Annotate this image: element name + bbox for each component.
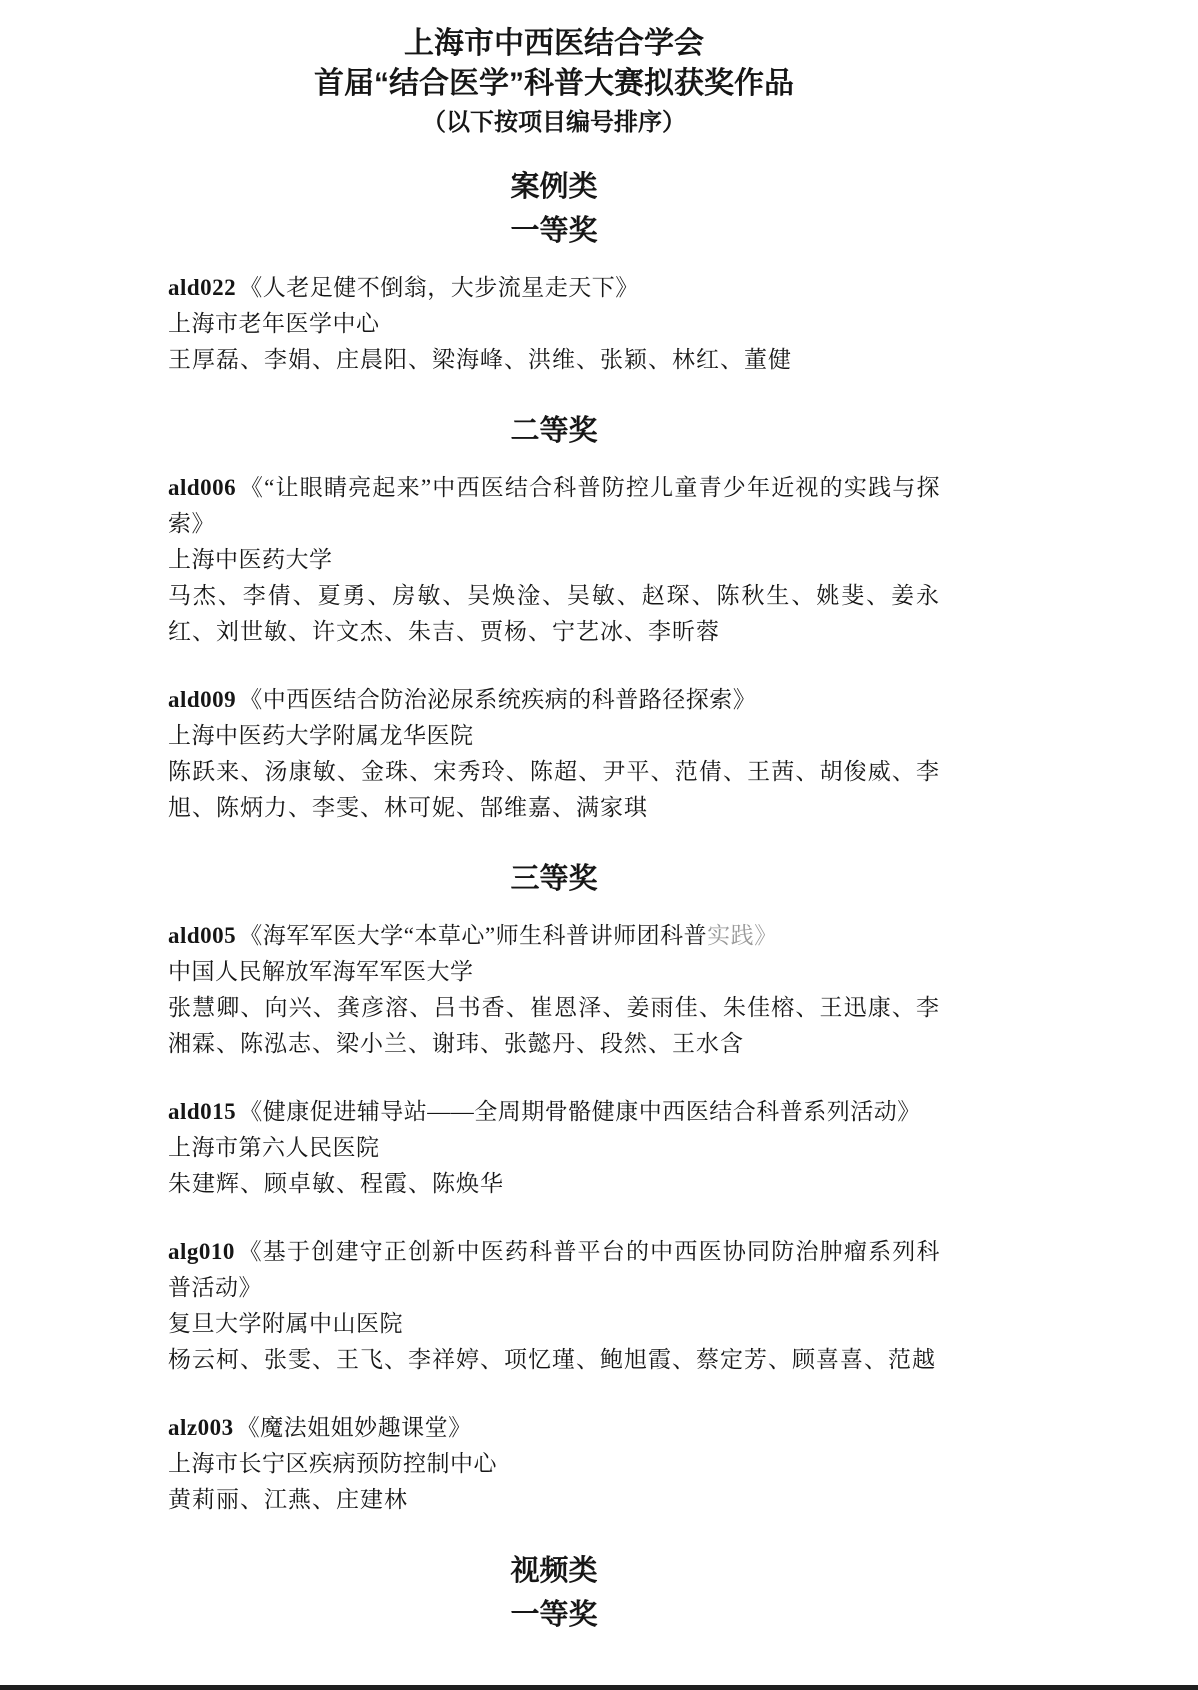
entry-title: ald005《海军军医大学“本草心”师生科普讲师团科普实践》 — [168, 918, 940, 954]
entry-code: alz003 — [168, 1415, 237, 1440]
award-entry: ald015《健康促进辅导站——全周期骨骼健康中西医结合科普系列活动》 上海市第… — [168, 1094, 940, 1202]
entry-book-title: 《“让眼睛亮起来”中西医结合科普防控儿童青少年近视的实践与探索》 — [168, 475, 940, 536]
entry-book-title-faded: 实践》 — [707, 923, 778, 948]
entry-organization: 中国人民解放军海军军医大学 — [168, 954, 940, 990]
award-heading-second-prize: 二等奖 — [168, 410, 940, 452]
entry-code: ald009 — [168, 687, 239, 712]
entry-code: ald022 — [168, 275, 239, 300]
entry-authors: 陈跃来、汤康敏、金珠、宋秀玲、陈超、尹平、范倩、王茜、胡俊威、李旭、陈炳力、李雯… — [168, 754, 940, 826]
award-entry: ald022《人老足健不倒翁，大步流星走天下》 上海市老年医学中心 王厚磊、李娟… — [168, 270, 940, 378]
entry-book-title: 《海军军医大学“本草心”师生科普讲师团科普 — [239, 923, 707, 948]
doc-title-line2: 首届“结合医学”科普大赛拟获奖作品 — [168, 64, 940, 104]
doc-title-line1: 上海市中西医结合学会 — [168, 24, 940, 64]
award-heading-first-prize: 一等奖 — [168, 210, 940, 252]
category-heading-case: 案例类 — [168, 166, 940, 208]
entry-book-title: 《人老足健不倒翁，大步流星走天下》 — [239, 275, 639, 300]
award-heading-video-first-prize: 一等奖 — [168, 1594, 940, 1636]
award-heading-third-prize: 三等奖 — [168, 858, 940, 900]
entry-authors: 张慧卿、向兴、龚彦溶、吕书香、崔恩泽、姜雨佳、朱佳榕、王迅康、李湘霖、陈泓志、梁… — [168, 990, 940, 1062]
entry-authors: 马杰、李倩、夏勇、房敏、吴焕淦、吴敏、赵琛、陈秋生、姚斐、姜永红、刘世敏、许文杰… — [168, 578, 940, 650]
award-entry: alg010《基于创建守正创新中医药科普平台的中西医协同防治肿瘤系列科普活动》 … — [168, 1234, 940, 1378]
entry-title: ald009《中西医结合防治泌尿系统疾病的科普路径探索》 — [168, 682, 940, 718]
entry-book-title: 《中西医结合防治泌尿系统疾病的科普路径探索》 — [239, 687, 756, 712]
entry-title: ald022《人老足健不倒翁，大步流星走天下》 — [168, 270, 940, 306]
page-bottom-edge — [0, 1685, 1198, 1690]
entry-authors: 王厚磊、李娟、庄晨阳、梁海峰、洪维、张颖、林红、董健 — [168, 342, 940, 378]
document-header: 上海市中西医结合学会 首届“结合医学”科普大赛拟获奖作品 （以下按项目编号排序） — [168, 24, 940, 142]
entry-organization: 上海市老年医学中心 — [168, 306, 940, 342]
entry-organization: 上海市第六人民医院 — [168, 1130, 940, 1166]
entry-authors: 杨云柯、张雯、王飞、李祥婷、项忆瑾、鲍旭霞、蔡定芳、顾喜喜、范越 — [168, 1342, 940, 1378]
entry-title: ald006《“让眼睛亮起来”中西医结合科普防控儿童青少年近视的实践与探索》 — [168, 470, 940, 542]
doc-subtitle: （以下按项目编号排序） — [168, 104, 940, 142]
document-page: 上海市中西医结合学会 首届“结合医学”科普大赛拟获奖作品 （以下按项目编号排序）… — [168, 0, 940, 1636]
entry-authors: 朱建辉、顾卓敏、程霞、陈焕华 — [168, 1166, 940, 1202]
entry-book-title: 《魔法姐姐妙趣课堂》 — [237, 1415, 472, 1440]
entry-authors: 黄莉丽、江燕、庄建林 — [168, 1482, 940, 1518]
entry-code: ald006 — [168, 475, 239, 500]
award-entry: ald006《“让眼睛亮起来”中西医结合科普防控儿童青少年近视的实践与探索》 上… — [168, 470, 940, 650]
entry-code: ald005 — [168, 923, 239, 948]
entry-organization: 复旦大学附属中山医院 — [168, 1306, 940, 1342]
award-entry: ald009《中西医结合防治泌尿系统疾病的科普路径探索》 上海中医药大学附属龙华… — [168, 682, 940, 826]
award-entry: alz003《魔法姐姐妙趣课堂》 上海市长宁区疾病预防控制中心 黄莉丽、江燕、庄… — [168, 1410, 940, 1518]
entry-code: ald015 — [168, 1099, 239, 1124]
entry-code: alg010 — [168, 1239, 238, 1264]
entry-book-title: 《健康促进辅导站——全周期骨骼健康中西医结合科普系列活动》 — [239, 1099, 921, 1124]
entry-title: alg010《基于创建守正创新中医药科普平台的中西医协同防治肿瘤系列科普活动》 — [168, 1234, 940, 1306]
entry-organization: 上海中医药大学附属龙华医院 — [168, 718, 940, 754]
award-entry: ald005《海军军医大学“本草心”师生科普讲师团科普实践》 中国人民解放军海军… — [168, 918, 940, 1062]
entry-title: ald015《健康促进辅导站——全周期骨骼健康中西医结合科普系列活动》 — [168, 1094, 940, 1130]
entry-title: alz003《魔法姐姐妙趣课堂》 — [168, 1410, 940, 1446]
entry-organization: 上海市长宁区疾病预防控制中心 — [168, 1446, 940, 1482]
entry-book-title: 《基于创建守正创新中医药科普平台的中西医协同防治肿瘤系列科普活动》 — [168, 1239, 940, 1300]
entry-organization: 上海中医药大学 — [168, 542, 940, 578]
category-heading-video: 视频类 — [168, 1550, 940, 1592]
